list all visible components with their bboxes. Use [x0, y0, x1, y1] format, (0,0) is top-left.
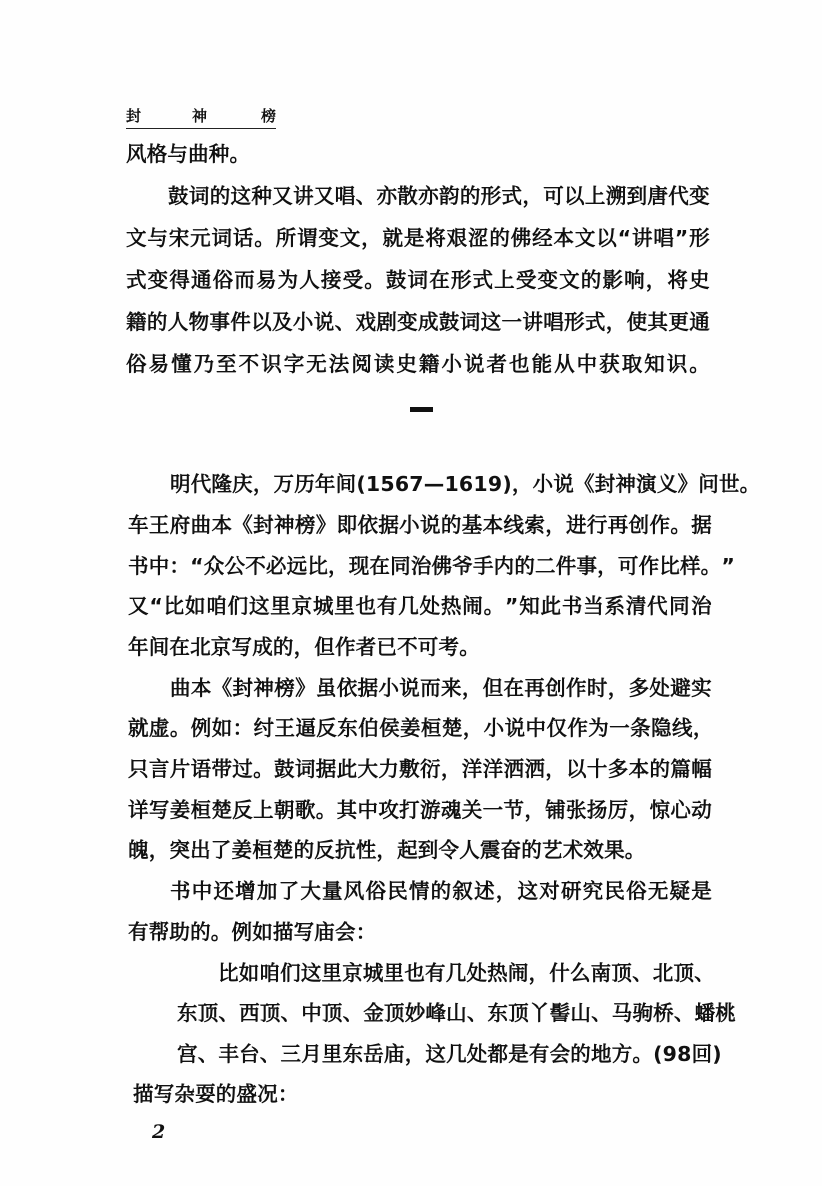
- text-line: 风格与曲种。: [126, 141, 250, 167]
- text-line: 书中：“众公不必远比，现在同治佛爷手内的二件事，可作比样。”: [128, 553, 714, 579]
- text-line: 就虚。例如：纣王逼反东伯侯姜桓楚，小说中仅作为一条隐线，: [128, 715, 714, 741]
- text-line: 文与宋元词话。所谓变文，就是将艰涩的佛经本文以“讲唱”形: [126, 225, 710, 251]
- running-head: 封 神 榜: [126, 106, 276, 130]
- text-line: 年间在北京写成的，但作者已不可考。: [128, 634, 480, 660]
- text-line: 式变得通俗而易为人接受。鼓词在形式上受变文的影响，将史: [126, 267, 710, 293]
- running-head-char-3: 榜: [261, 106, 276, 126]
- text-line: 俗易懂乃至不识字无法阅读史籍小说者也能从中获取知识。: [126, 351, 710, 377]
- running-head-rule: [126, 128, 276, 129]
- text-line: 详写姜桓楚反上朝歌。其中攻打游魂关一节，铺张扬厉，惊心动: [128, 797, 712, 823]
- text-line: 描写杂耍的盛况：: [133, 1081, 299, 1107]
- text-line: 车王府曲本《封神榜》即依据小说的基本线索，进行再创作。据: [128, 512, 712, 538]
- text-line: 魄，突出了姜桓楚的反抗性，起到令人震奋的艺术效果。: [128, 837, 646, 863]
- text-line: 只言片语带过。鼓词据此大力敷衍，洋洋洒洒，以十多本的篇幅: [128, 756, 712, 782]
- quote-line: 东顶、西顶、中顶、金顶妙峰山、东顶丫髻山、马驹桥、蟠桃: [177, 1000, 713, 1026]
- quote-line: 比如咱们这里京城里也有几处热闹，什么南顶、北顶、: [218, 960, 712, 986]
- section-number-one: [410, 407, 433, 412]
- text-line: 曲本《封神榜》虽依据小说而来，但在再创作时，多处避实: [170, 675, 712, 701]
- text-line: 鼓词的这种又讲又唱、亦散亦韵的形式，可以上溯到唐代变: [168, 183, 710, 209]
- quote-line: 宫、丰台、三月里东岳庙，这几处都是有会的地方。(98回): [177, 1041, 722, 1067]
- book-page: 封 神 榜 风格与曲种。 鼓词的这种又讲又唱、亦散亦韵的形式，可以上溯到唐代变 …: [0, 0, 822, 1186]
- text-line: 有帮助的。例如描写庙会：: [128, 919, 376, 945]
- text-line: 籍的人物事件以及小说、戏剧变成鼓词这一讲唱形式，使其更通: [126, 309, 710, 335]
- running-head-char-1: 封: [126, 106, 141, 126]
- page-number: 2: [152, 1121, 165, 1143]
- text-line: 又“比如咱们这里京城里也有几处热闹。”知此书当系清代 同 治: [128, 593, 712, 619]
- text-line: 书中还增加了大量风俗民情的叙述，这对研究民俗无疑是: [170, 878, 712, 904]
- text-line: 明代隆庆，万历年间(1567—1619)，小说《封神演义》问世。: [170, 471, 714, 497]
- running-head-char-2: 神: [192, 106, 207, 126]
